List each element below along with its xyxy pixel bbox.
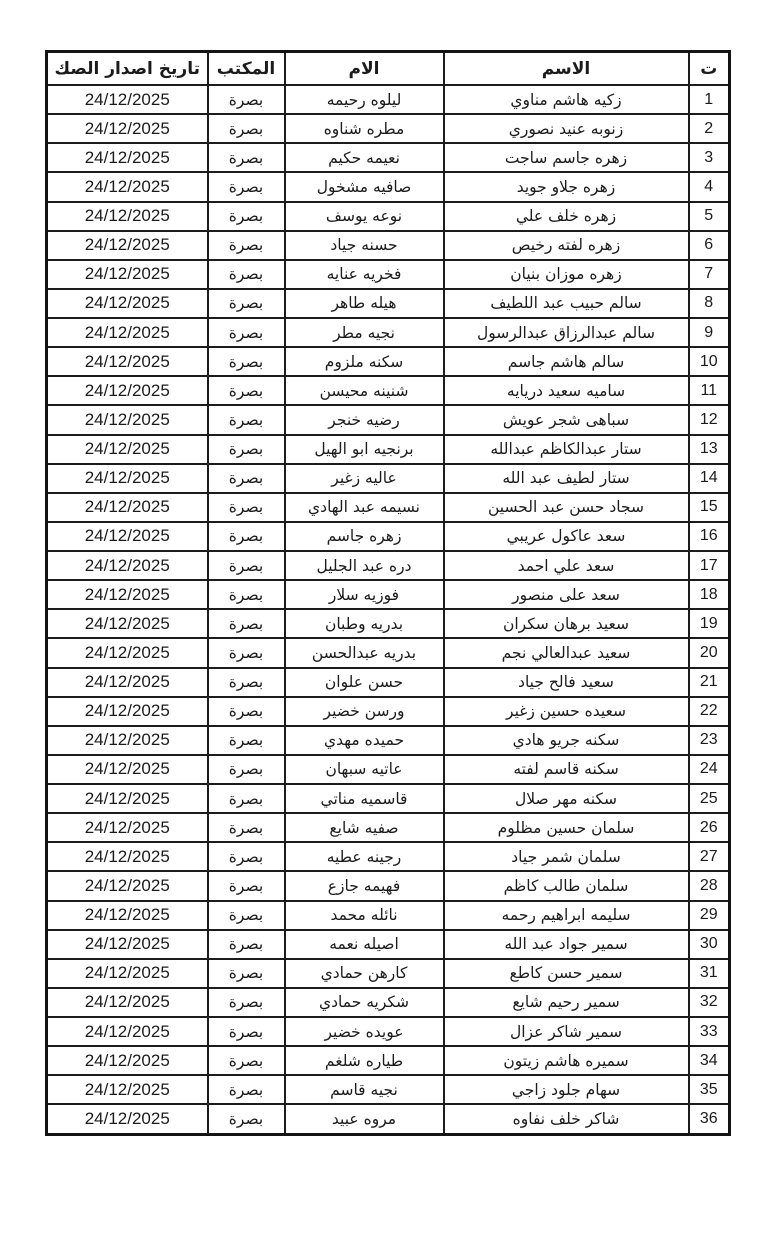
cell-row-number: 15 (689, 493, 730, 522)
cell-office: بصرة (208, 318, 285, 347)
table-row: 31 سمير حسن كاطع كارهن حمادي بصرة 24/12/… (47, 959, 730, 988)
cell-office: بصرة (208, 289, 285, 318)
cell-office: بصرة (208, 930, 285, 959)
cell-mother-name: صفيه شايع (285, 813, 444, 842)
cell-mother-name: حميده مهدي (285, 726, 444, 755)
cell-name: سهام جلود زاجي (444, 1075, 689, 1104)
cell-office: بصرة (208, 114, 285, 143)
cell-office: بصرة (208, 784, 285, 813)
cell-row-number: 9 (689, 318, 730, 347)
cell-row-number: 24 (689, 755, 730, 784)
cell-name: زهره خلف علي (444, 202, 689, 231)
cell-mother-name: فوزيه سلار (285, 580, 444, 609)
cell-issue-date: 24/12/2025 (47, 493, 208, 522)
cell-row-number: 34 (689, 1046, 730, 1075)
table-row: 5 زهره خلف علي نوعه يوسف بصرة 24/12/2025 (47, 202, 730, 231)
cell-issue-date: 24/12/2025 (47, 1075, 208, 1104)
cell-row-number: 12 (689, 405, 730, 434)
cell-office: بصرة (208, 1017, 285, 1046)
cell-issue-date: 24/12/2025 (47, 551, 208, 580)
table-row: 20 سعيد عبدالعالي نجم بدريه عبدالحسن بصر… (47, 638, 730, 667)
table-row: 15 سجاد حسن عبد الحسين نسيمه عبد الهادي … (47, 493, 730, 522)
records-table: ت الاسم الام المكتب تاريخ اصدار الصك 1 ز… (45, 50, 731, 1136)
cell-office: بصرة (208, 405, 285, 434)
cell-mother-name: عويده خضير (285, 1017, 444, 1046)
cell-row-number: 11 (689, 376, 730, 405)
cell-issue-date: 24/12/2025 (47, 376, 208, 405)
cell-office: بصرة (208, 609, 285, 638)
cell-mother-name: سكنه ملزوم (285, 347, 444, 376)
cell-issue-date: 24/12/2025 (47, 202, 208, 231)
cell-issue-date: 24/12/2025 (47, 289, 208, 318)
cell-row-number: 27 (689, 842, 730, 871)
header-office: المكتب (208, 52, 285, 86)
cell-name: زهره لفته رخيص (444, 231, 689, 260)
cell-name: سعد على منصور (444, 580, 689, 609)
cell-name: سعيد فالح جياد (444, 668, 689, 697)
cell-row-number: 20 (689, 638, 730, 667)
table-row: 34 سميره هاشم زيتون طياره شلغم بصرة 24/1… (47, 1046, 730, 1075)
cell-office: بصرة (208, 871, 285, 900)
cell-row-number: 21 (689, 668, 730, 697)
cell-name: زهره موزان بنيان (444, 260, 689, 289)
cell-name: سجاد حسن عبد الحسين (444, 493, 689, 522)
cell-name: سلمان شمر جياد (444, 842, 689, 871)
cell-issue-date: 24/12/2025 (47, 871, 208, 900)
cell-issue-date: 24/12/2025 (47, 813, 208, 842)
cell-issue-date: 24/12/2025 (47, 1046, 208, 1075)
table-row: 1 زكيه هاشم مناوي ليلوه رحيمه بصرة 24/12… (47, 85, 730, 114)
cell-issue-date: 24/12/2025 (47, 435, 208, 464)
cell-mother-name: صافيه مشخول (285, 172, 444, 201)
table-row: 8 سالم حبيب عبد اللطيف هيله طاهر بصرة 24… (47, 289, 730, 318)
cell-mother-name: رجينه عطيه (285, 842, 444, 871)
cell-mother-name: هيله طاهر (285, 289, 444, 318)
cell-issue-date: 24/12/2025 (47, 464, 208, 493)
cell-office: بصرة (208, 755, 285, 784)
cell-row-number: 35 (689, 1075, 730, 1104)
table-row: 32 سمير رحيم شايع شكريه حمادي بصرة 24/12… (47, 988, 730, 1017)
cell-name: شاكر خلف نفاوه (444, 1104, 689, 1134)
table-row: 18 سعد على منصور فوزيه سلار بصرة 24/12/2… (47, 580, 730, 609)
cell-name: سعيده حسين زغير (444, 697, 689, 726)
cell-mother-name: قاسميه مناتي (285, 784, 444, 813)
cell-mother-name: نوعه يوسف (285, 202, 444, 231)
cell-row-number: 10 (689, 347, 730, 376)
cell-row-number: 14 (689, 464, 730, 493)
cell-issue-date: 24/12/2025 (47, 318, 208, 347)
cell-name: سالم حبيب عبد اللطيف (444, 289, 689, 318)
cell-name: سمير شاكر عزال (444, 1017, 689, 1046)
table-row: 9 سالم عبدالرزاق عبدالرسول نجيه مطر بصرة… (47, 318, 730, 347)
cell-mother-name: بدريه عبدالحسن (285, 638, 444, 667)
cell-mother-name: مطره شناوه (285, 114, 444, 143)
table-row: 26 سلمان حسين مظلوم صفيه شايع بصرة 24/12… (47, 813, 730, 842)
table-row: 33 سمير شاكر عزال عويده خضير بصرة 24/12/… (47, 1017, 730, 1046)
cell-office: بصرة (208, 901, 285, 930)
cell-mother-name: نائله محمد (285, 901, 444, 930)
cell-issue-date: 24/12/2025 (47, 901, 208, 930)
cell-issue-date: 24/12/2025 (47, 143, 208, 172)
cell-mother-name: بدريه وطبان (285, 609, 444, 638)
cell-office: بصرة (208, 638, 285, 667)
cell-issue-date: 24/12/2025 (47, 1017, 208, 1046)
table-row: 7 زهره موزان بنيان فخريه عنايه بصرة 24/1… (47, 260, 730, 289)
table-row: 19 سعيد برهان سكران بدريه وطبان بصرة 24/… (47, 609, 730, 638)
cell-name: سالم هاشم جاسم (444, 347, 689, 376)
cell-office: بصرة (208, 172, 285, 201)
cell-office: بصرة (208, 464, 285, 493)
cell-row-number: 33 (689, 1017, 730, 1046)
cell-name: سلمان حسين مظلوم (444, 813, 689, 842)
cell-issue-date: 24/12/2025 (47, 697, 208, 726)
cell-office: بصرة (208, 85, 285, 114)
cell-row-number: 23 (689, 726, 730, 755)
cell-name: زهره جاسم ساجت (444, 143, 689, 172)
cell-issue-date: 24/12/2025 (47, 668, 208, 697)
table-body: 1 زكيه هاشم مناوي ليلوه رحيمه بصرة 24/12… (47, 85, 730, 1135)
cell-row-number: 25 (689, 784, 730, 813)
cell-row-number: 6 (689, 231, 730, 260)
table-row: 36 شاكر خلف نفاوه مروه عبيد بصرة 24/12/2… (47, 1104, 730, 1134)
header-name: الاسم (444, 52, 689, 86)
header-index: ت (689, 52, 730, 86)
cell-office: بصرة (208, 347, 285, 376)
cell-row-number: 4 (689, 172, 730, 201)
cell-issue-date: 24/12/2025 (47, 347, 208, 376)
cell-name: سمير حسن كاطع (444, 959, 689, 988)
cell-row-number: 2 (689, 114, 730, 143)
cell-office: بصرة (208, 522, 285, 551)
cell-mother-name: كارهن حمادي (285, 959, 444, 988)
table-row: 11 ساميه سعيد دريايه شنينه محيسن بصرة 24… (47, 376, 730, 405)
cell-issue-date: 24/12/2025 (47, 609, 208, 638)
document-page: ت الاسم الام المكتب تاريخ اصدار الصك 1 ز… (0, 0, 768, 1244)
cell-issue-date: 24/12/2025 (47, 405, 208, 434)
cell-office: بصرة (208, 697, 285, 726)
cell-issue-date: 24/12/2025 (47, 1104, 208, 1134)
table-row: 24 سكنه قاسم لفته عاتيه سبهان بصرة 24/12… (47, 755, 730, 784)
cell-name: سكنه جريو هادي (444, 726, 689, 755)
cell-name: زنوبه عنيد نصوري (444, 114, 689, 143)
table-row: 16 سعد عاكول عريبي زهره جاسم بصرة 24/12/… (47, 522, 730, 551)
cell-name: سعيد عبدالعالي نجم (444, 638, 689, 667)
cell-name: سكنه قاسم لفته (444, 755, 689, 784)
cell-office: بصرة (208, 202, 285, 231)
cell-mother-name: نسيمه عبد الهادي (285, 493, 444, 522)
cell-mother-name: اصيله نعمه (285, 930, 444, 959)
cell-mother-name: رضيه خنجر (285, 405, 444, 434)
cell-issue-date: 24/12/2025 (47, 580, 208, 609)
table-row: 28 سلمان طالب كاظم فهيمه جازع بصرة 24/12… (47, 871, 730, 900)
cell-office: بصرة (208, 231, 285, 260)
cell-issue-date: 24/12/2025 (47, 114, 208, 143)
cell-name: زهره جلاو جويد (444, 172, 689, 201)
cell-mother-name: عاليه زغير (285, 464, 444, 493)
cell-row-number: 8 (689, 289, 730, 318)
cell-row-number: 17 (689, 551, 730, 580)
cell-row-number: 18 (689, 580, 730, 609)
cell-office: بصرة (208, 143, 285, 172)
table-row: 22 سعيده حسين زغير ورسن خضير بصرة 24/12/… (47, 697, 730, 726)
cell-office: بصرة (208, 376, 285, 405)
cell-mother-name: نعيمه حكيم (285, 143, 444, 172)
cell-row-number: 32 (689, 988, 730, 1017)
table-row: 30 سمير جواد عبد الله اصيله نعمه بصرة 24… (47, 930, 730, 959)
cell-name: سعيد برهان سكران (444, 609, 689, 638)
cell-row-number: 29 (689, 901, 730, 930)
table-row: 13 ستار عبدالكاظم عبدالله برنجيه ابو اله… (47, 435, 730, 464)
table-row: 10 سالم هاشم جاسم سكنه ملزوم بصرة 24/12/… (47, 347, 730, 376)
cell-mother-name: ورسن خضير (285, 697, 444, 726)
cell-mother-name: مروه عبيد (285, 1104, 444, 1134)
cell-mother-name: نجيه مطر (285, 318, 444, 347)
cell-issue-date: 24/12/2025 (47, 172, 208, 201)
cell-mother-name: برنجيه ابو الهيل (285, 435, 444, 464)
cell-row-number: 16 (689, 522, 730, 551)
cell-issue-date: 24/12/2025 (47, 755, 208, 784)
table-row: 23 سكنه جريو هادي حميده مهدي بصرة 24/12/… (47, 726, 730, 755)
cell-name: سمير رحيم شايع (444, 988, 689, 1017)
header-mother: الام (285, 52, 444, 86)
cell-name: سباهى شجر عويش (444, 405, 689, 434)
table-row: 4 زهره جلاو جويد صافيه مشخول بصرة 24/12/… (47, 172, 730, 201)
cell-row-number: 1 (689, 85, 730, 114)
cell-office: بصرة (208, 1046, 285, 1075)
cell-row-number: 7 (689, 260, 730, 289)
cell-mother-name: دره عبد الجليل (285, 551, 444, 580)
cell-office: بصرة (208, 1075, 285, 1104)
cell-mother-name: طياره شلغم (285, 1046, 444, 1075)
cell-mother-name: عاتيه سبهان (285, 755, 444, 784)
cell-mother-name: حسن علوان (285, 668, 444, 697)
header-row: ت الاسم الام المكتب تاريخ اصدار الصك (47, 52, 730, 86)
cell-name: سكنه مهر صلال (444, 784, 689, 813)
cell-name: سعد عاكول عريبي (444, 522, 689, 551)
cell-office: بصرة (208, 988, 285, 1017)
cell-name: سمير جواد عبد الله (444, 930, 689, 959)
cell-issue-date: 24/12/2025 (47, 842, 208, 871)
cell-mother-name: شكريه حمادي (285, 988, 444, 1017)
cell-office: بصرة (208, 959, 285, 988)
table-row: 29 سليمه ابراهيم رحمه نائله محمد بصرة 24… (47, 901, 730, 930)
cell-office: بصرة (208, 260, 285, 289)
cell-row-number: 3 (689, 143, 730, 172)
cell-issue-date: 24/12/2025 (47, 231, 208, 260)
cell-name: سعد علي احمد (444, 551, 689, 580)
table-row: 2 زنوبه عنيد نصوري مطره شناوه بصرة 24/12… (47, 114, 730, 143)
cell-row-number: 28 (689, 871, 730, 900)
cell-mother-name: حسنه جياد (285, 231, 444, 260)
cell-issue-date: 24/12/2025 (47, 784, 208, 813)
cell-office: بصرة (208, 813, 285, 842)
cell-row-number: 5 (689, 202, 730, 231)
table-header: ت الاسم الام المكتب تاريخ اصدار الصك (47, 52, 730, 86)
header-date: تاريخ اصدار الصك (47, 52, 208, 86)
cell-row-number: 31 (689, 959, 730, 988)
cell-office: بصرة (208, 668, 285, 697)
cell-name: ستار لطيف عبد الله (444, 464, 689, 493)
cell-mother-name: فخريه عنايه (285, 260, 444, 289)
cell-mother-name: زهره جاسم (285, 522, 444, 551)
cell-office: بصرة (208, 1104, 285, 1134)
table-row: 14 ستار لطيف عبد الله عاليه زغير بصرة 24… (47, 464, 730, 493)
cell-row-number: 26 (689, 813, 730, 842)
cell-name: ستار عبدالكاظم عبدالله (444, 435, 689, 464)
cell-issue-date: 24/12/2025 (47, 726, 208, 755)
table-row: 25 سكنه مهر صلال قاسميه مناتي بصرة 24/12… (47, 784, 730, 813)
cell-issue-date: 24/12/2025 (47, 638, 208, 667)
cell-issue-date: 24/12/2025 (47, 522, 208, 551)
cell-issue-date: 24/12/2025 (47, 959, 208, 988)
cell-name: ساميه سعيد دريايه (444, 376, 689, 405)
table-row: 17 سعد علي احمد دره عبد الجليل بصرة 24/1… (47, 551, 730, 580)
cell-mother-name: شنينه محيسن (285, 376, 444, 405)
cell-row-number: 13 (689, 435, 730, 464)
cell-office: بصرة (208, 551, 285, 580)
cell-office: بصرة (208, 435, 285, 464)
cell-name: سميره هاشم زيتون (444, 1046, 689, 1075)
cell-office: بصرة (208, 493, 285, 522)
cell-name: سلمان طالب كاظم (444, 871, 689, 900)
cell-row-number: 36 (689, 1104, 730, 1134)
cell-mother-name: فهيمه جازع (285, 871, 444, 900)
table-row: 12 سباهى شجر عويش رضيه خنجر بصرة 24/12/2… (47, 405, 730, 434)
cell-row-number: 22 (689, 697, 730, 726)
table-row: 6 زهره لفته رخيص حسنه جياد بصرة 24/12/20… (47, 231, 730, 260)
cell-row-number: 19 (689, 609, 730, 638)
cell-office: بصرة (208, 842, 285, 871)
cell-name: زكيه هاشم مناوي (444, 85, 689, 114)
cell-office: بصرة (208, 580, 285, 609)
table-row: 35 سهام جلود زاجي نجيه قاسم بصرة 24/12/2… (47, 1075, 730, 1104)
cell-issue-date: 24/12/2025 (47, 988, 208, 1017)
cell-issue-date: 24/12/2025 (47, 85, 208, 114)
cell-mother-name: نجيه قاسم (285, 1075, 444, 1104)
table-row: 3 زهره جاسم ساجت نعيمه حكيم بصرة 24/12/2… (47, 143, 730, 172)
table-row: 27 سلمان شمر جياد رجينه عطيه بصرة 24/12/… (47, 842, 730, 871)
cell-office: بصرة (208, 726, 285, 755)
table-row: 21 سعيد فالح جياد حسن علوان بصرة 24/12/2… (47, 668, 730, 697)
cell-issue-date: 24/12/2025 (47, 260, 208, 289)
cell-mother-name: ليلوه رحيمه (285, 85, 444, 114)
cell-issue-date: 24/12/2025 (47, 930, 208, 959)
cell-name: سليمه ابراهيم رحمه (444, 901, 689, 930)
cell-row-number: 30 (689, 930, 730, 959)
cell-name: سالم عبدالرزاق عبدالرسول (444, 318, 689, 347)
